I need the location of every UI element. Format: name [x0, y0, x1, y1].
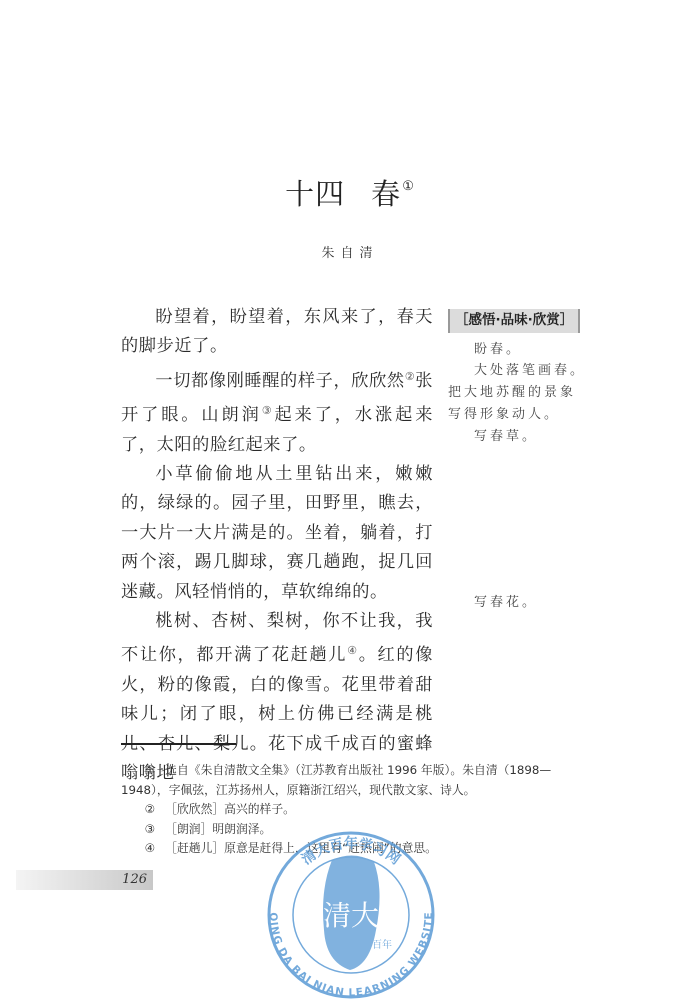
main-text: 盼望着，盼望着，东风来了，春天的脚步近了。 一切都像刚睡醒的样子，欣欣然②张开了…: [121, 303, 433, 789]
margin-note-1: 盼春。: [448, 339, 588, 361]
footnote-2-mark: ②: [145, 802, 156, 816]
footnote-3-text: ［朗润］明朗润泽。: [165, 822, 271, 836]
footnote-ref-2[interactable]: ②: [405, 370, 415, 383]
author-name: 朱自清: [0, 242, 700, 261]
footnote-ref-3[interactable]: ③: [262, 404, 275, 417]
lesson-number: 十四: [285, 177, 345, 211]
footnote-divider: [121, 743, 236, 745]
margin-notes: ［感悟·品味·欣赏］ 盼春。 大处落笔画春。把大地苏醒的景象写得形象动人。 写春…: [448, 309, 588, 447]
footnote-4-mark: ④: [145, 841, 156, 855]
margin-notes-heading: ［感悟·品味·欣赏］: [448, 309, 580, 333]
margin-note-2: 大处落笔画春。把大地苏醒的景象写得形象动人。: [448, 360, 588, 425]
footnote-ref-4[interactable]: ④: [347, 644, 359, 657]
footnote-2-text: ［欣欣然］高兴的样子。: [165, 802, 295, 816]
margin-note-3: 写春草。: [448, 426, 588, 448]
margin-note-4: 写春花。: [448, 592, 538, 614]
footnote-3-mark: ③: [145, 822, 156, 836]
svg-text:百年: 百年: [372, 938, 392, 951]
paragraph-1: 盼望着，盼望着，东风来了，春天的脚步近了。: [121, 303, 433, 362]
page-number-bar: 126: [16, 870, 153, 890]
lesson-title: 十四春①: [0, 172, 700, 213]
page-number: 126: [122, 872, 147, 887]
paragraph-2: 一切都像刚睡醒的样子，欣欣然②张开了眼。山朗润③起来了，水涨起来了，太阳的脸红起…: [121, 362, 433, 460]
lesson-title-text: 春: [371, 177, 401, 211]
watermark-stamp: 清大 百年 清大百年学习网 QING DA BAI NIAN LEARNING …: [262, 830, 440, 1000]
paragraph-3: 小草偷偷地从土里钻出来，嫩嫩的，绿绿的。园子里，田野里，瞧去，一大片一大片满是的…: [121, 460, 433, 607]
footnote-1: ①选自《朱自清散文全集》（江苏教育出版社 1996 年版）。朱自清（1898—1…: [121, 761, 581, 800]
footnote-1-text: 选自《朱自清散文全集》（江苏教育出版社 1996 年版）。朱自清（1898—19…: [121, 763, 551, 797]
footnote-1-mark: ①: [145, 763, 156, 777]
watermark-seal-icon: 清大 百年 清大百年学习网 QING DA BAI NIAN LEARNING …: [262, 830, 440, 1000]
footnote-2: ②［欣欣然］高兴的样子。: [121, 800, 581, 820]
paragraph-2-text-a: 一切都像刚睡醒的样子，欣欣然: [155, 371, 404, 391]
svg-text:清大: 清大: [323, 899, 379, 932]
footnote-ref-1[interactable]: ①: [402, 179, 415, 194]
